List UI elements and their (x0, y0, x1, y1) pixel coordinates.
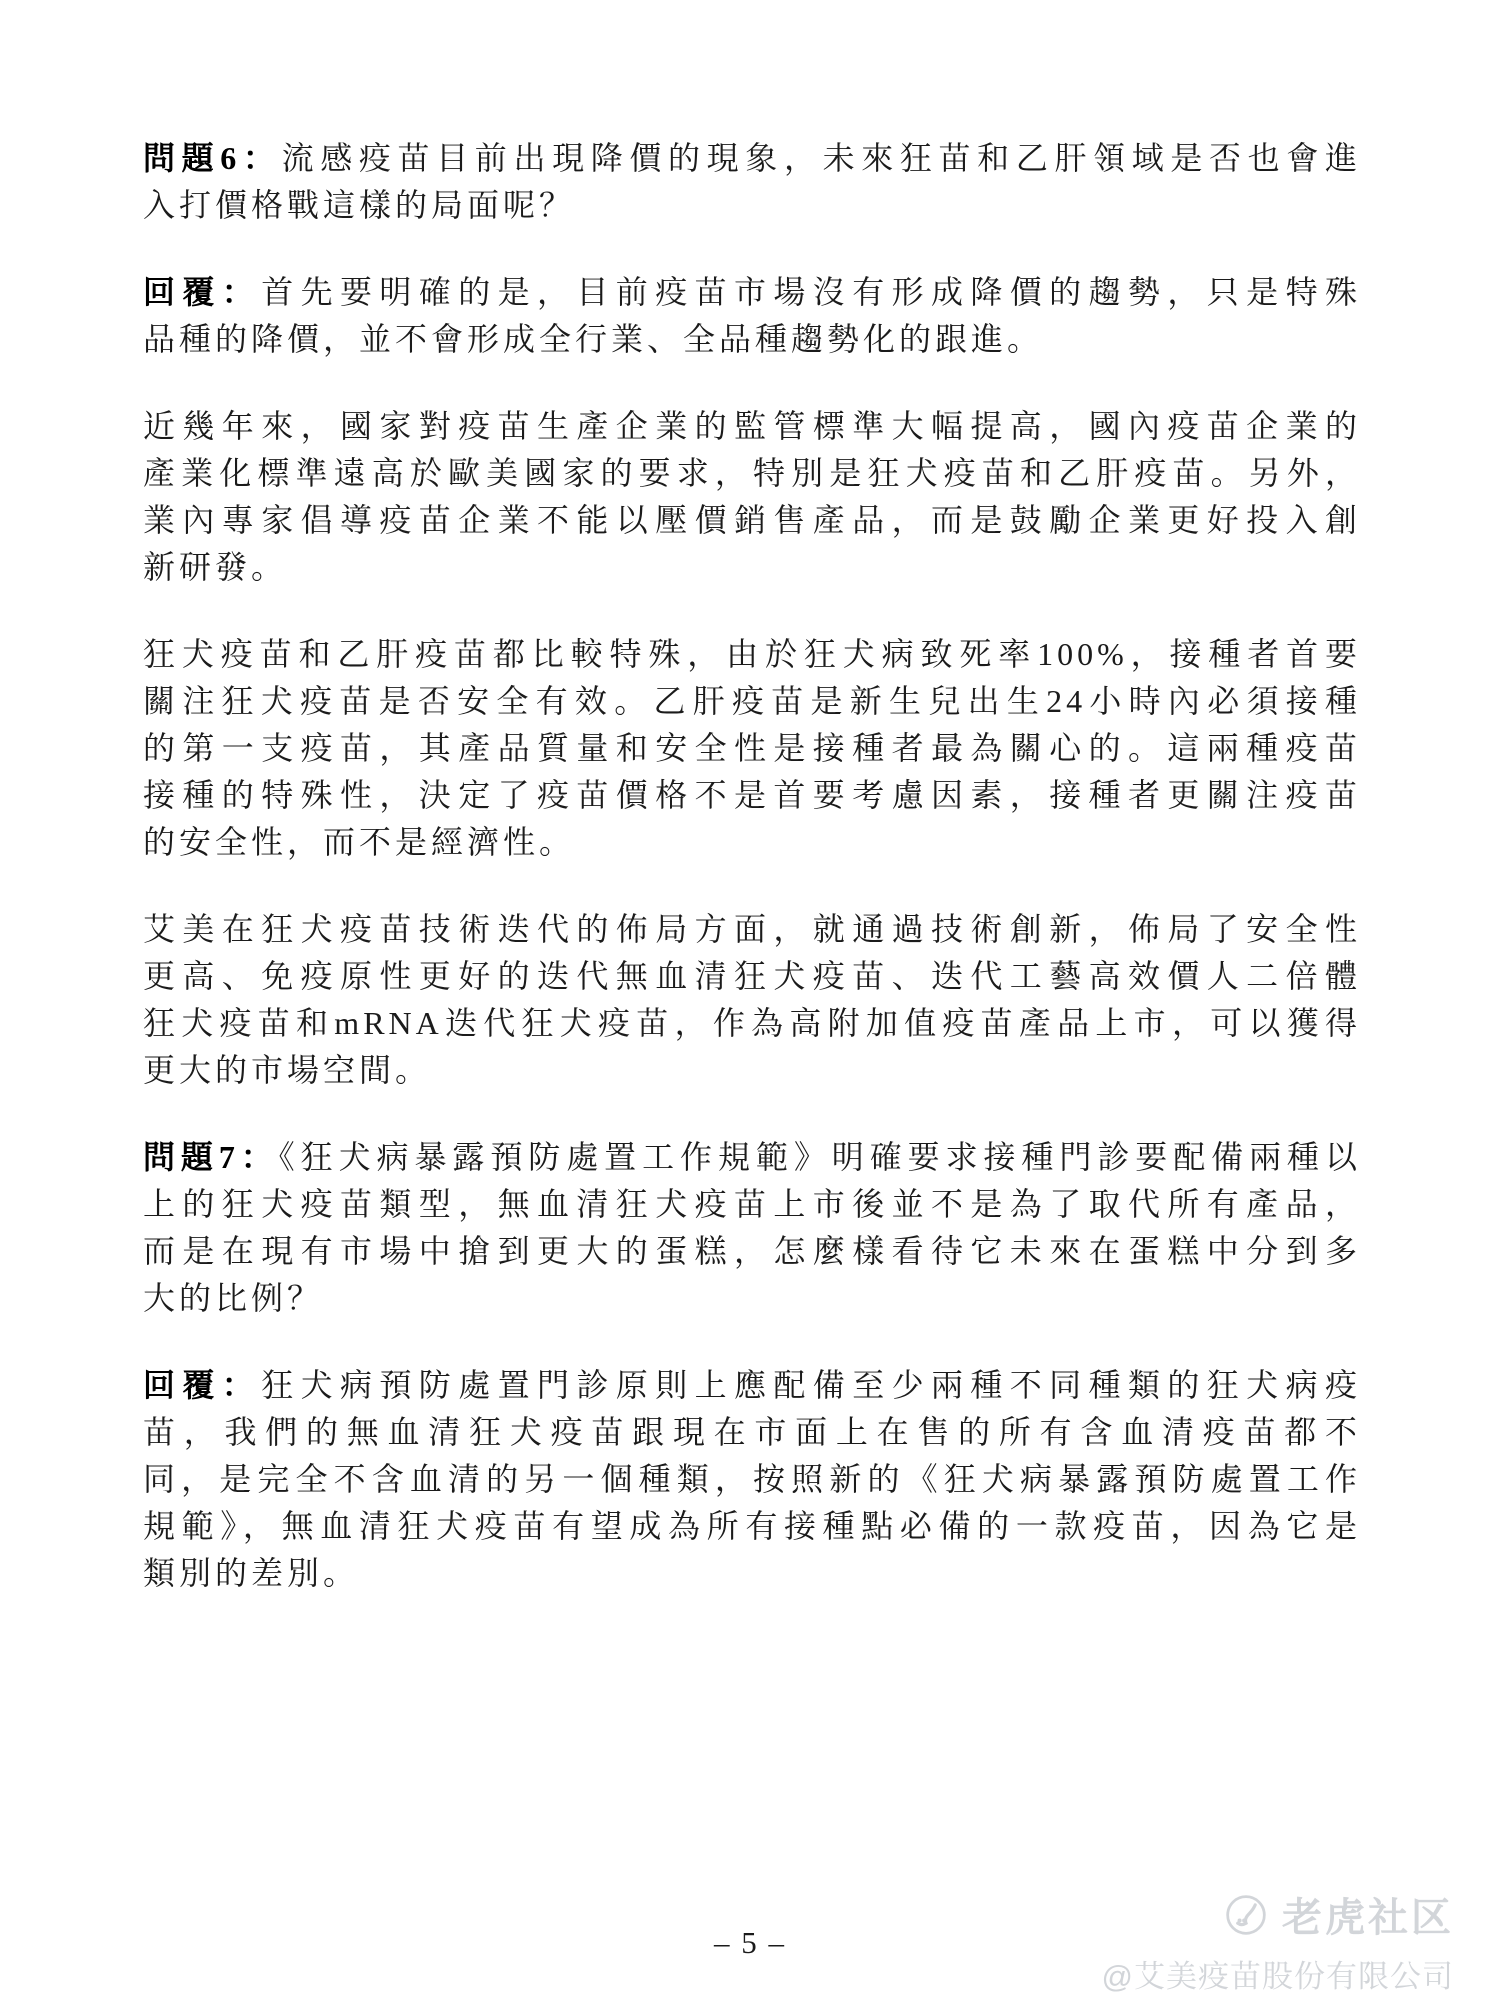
paragraph: 狂犬疫苗和乙肝疫苗都比較特殊，由於狂犬病致死率100%，接種者首要關注狂犬疫苗是… (143, 631, 1361, 866)
text-line: 接種的特殊性，決定了疫苗價格不是首要考慮因素，接種者更關注疫苗 (143, 772, 1361, 819)
watermark-brand-row: 老虎社区 (1102, 1886, 1454, 1943)
text-line: 規範》，無血清狂犬疫苗有望成為所有接種點必備的一款疫苗，因為它是 (143, 1503, 1361, 1550)
text-line: 類別的差別。 (143, 1550, 1361, 1597)
text-line: 品種的降價，並不會形成全行業、全品種趨勢化的跟進。 (143, 316, 1361, 363)
document-page: 問題6：流感疫苗目前出現降價的現象，未來狂苗和乙肝領域是否也會進入打價格戰這樣的… (0, 0, 1500, 1999)
tiger-circle-icon (1224, 1893, 1268, 1937)
paragraph: 艾美在狂犬疫苗技術迭代的佈局方面，就通過技術創新，佈局了安全性更高、免疫原性更好… (143, 906, 1361, 1094)
watermark: 老虎社区 @艾美疫苗股份有限公司 (1102, 1886, 1454, 1996)
text-line: 苗，我們的無血清狂犬疫苗跟現在市面上在售的所有含血清疫苗都不 (143, 1409, 1361, 1456)
text-line: 業內專家倡導疫苗企業不能以壓價銷售產品，而是鼓勵企業更好投入創 (143, 497, 1361, 544)
paragraph: 近幾年來，國家對疫苗生產企業的監管標準大幅提高，國內疫苗企業的產業化標準遠高於歐… (143, 403, 1361, 591)
text-line: 狂犬疫苗和mRNA迭代狂犬疫苗，作為高附加值疫苗產品上市，可以獲得 (143, 1000, 1361, 1047)
paragraph: 回覆：首先要明確的是，目前疫苗市場沒有形成降價的趨勢，只是特殊品種的降價，並不會… (143, 269, 1361, 363)
text-line: 問題6：流感疫苗目前出現降價的現象，未來狂苗和乙肝領域是否也會進 (143, 135, 1361, 182)
text-line: 上的狂犬疫苗類型，無血清狂犬疫苗上市後並不是為了取代所有產品， (143, 1181, 1361, 1228)
watermark-handle-text: @艾美疫苗股份有限公司 (1102, 1951, 1454, 1996)
text-line: 的安全性，而不是經濟性。 (143, 819, 1361, 866)
paragraph: 問題6：流感疫苗目前出現降價的現象，未來狂苗和乙肝領域是否也會進入打價格戰這樣的… (143, 135, 1361, 229)
text-line: 而是在現有市場中搶到更大的蛋糕，怎麼樣看待它未來在蛋糕中分到多 (143, 1228, 1361, 1275)
paragraph-label: 回覆： (143, 274, 261, 310)
watermark-brand-text: 老虎社区 (1282, 1886, 1454, 1943)
text-line: 關注狂犬疫苗是否安全有效。乙肝疫苗是新生兒出生24小時內必須接種 (143, 678, 1361, 725)
text-line: 同，是完全不含血清的另一個種類，按照新的《狂犬病暴露預防處置工作 (143, 1456, 1361, 1503)
text-line: 艾美在狂犬疫苗技術迭代的佈局方面，就通過技術創新，佈局了安全性 (143, 906, 1361, 953)
text-line: 新研發。 (143, 544, 1361, 591)
text-line: 近幾年來，國家對疫苗生產企業的監管標準大幅提高，國內疫苗企業的 (143, 403, 1361, 450)
text-line: 產業化標準遠高於歐美國家的要求，特別是狂犬疫苗和乙肝疫苗。另外， (143, 450, 1361, 497)
paragraph-label: 問題6： (143, 140, 282, 176)
paragraph: 回覆：狂犬病預防處置門診原則上應配備至少兩種不同種類的狂犬病疫苗，我們的無血清狂… (143, 1362, 1361, 1597)
text-line: 回覆：首先要明確的是，目前疫苗市場沒有形成降價的趨勢，只是特殊 (143, 269, 1361, 316)
paragraph: 問題7：《狂犬病暴露預防處置工作規範》明確要求接種門診要配備兩種以上的狂犬疫苗類… (143, 1134, 1361, 1322)
paragraph-label: 問題7： (143, 1139, 279, 1175)
text-line: 更高、免疫原性更好的迭代無血清狂犬疫苗、迭代工藝高效價人二倍體 (143, 953, 1361, 1000)
text-line: 大的比例？ (143, 1275, 1361, 1322)
paragraph-label: 回覆： (143, 1367, 261, 1403)
text-line: 狂犬疫苗和乙肝疫苗都比較特殊，由於狂犬病致死率100%，接種者首要 (143, 631, 1361, 678)
text-line: 入打價格戰這樣的局面呢？ (143, 182, 1361, 229)
text-line: 更大的市場空間。 (143, 1047, 1361, 1094)
text-line: 問題7：《狂犬病暴露預防處置工作規範》明確要求接種門診要配備兩種以 (143, 1134, 1361, 1181)
text-line: 回覆：狂犬病預防處置門診原則上應配備至少兩種不同種類的狂犬病疫 (143, 1362, 1361, 1409)
text-line: 的第一支疫苗，其產品質量和安全性是接種者最為關心的。這兩種疫苗 (143, 725, 1361, 772)
document-body: 問題6：流感疫苗目前出現降價的現象，未來狂苗和乙肝領域是否也會進入打價格戰這樣的… (143, 135, 1361, 1637)
